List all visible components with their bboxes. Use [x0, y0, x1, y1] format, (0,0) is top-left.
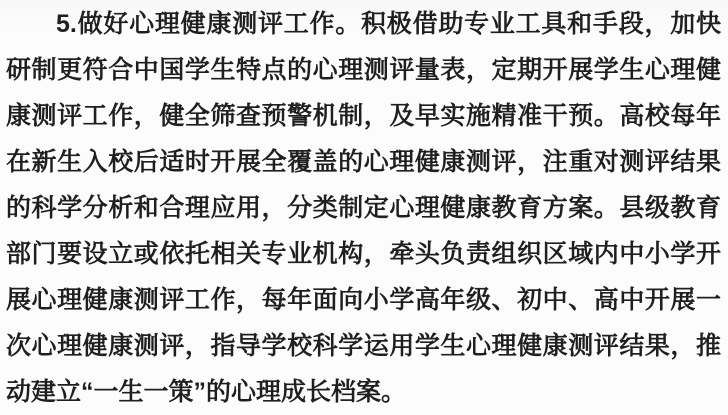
text-line-5: 的科学分析和合理应用，分类制定心理健康教育方案。县级教育 — [6, 185, 721, 231]
text-line-2: 研制更符合中国学生特点的心理测评量表，定期开展学生心理健 — [6, 47, 721, 93]
text-line-7: 展心理健康测评工作，每年面向小学高年级、初中、高中开展一 — [6, 277, 721, 323]
text-line-6: 部门要设立或依托相关专业机构，牵头负责组织区域内中小学开 — [6, 231, 721, 277]
text-line-3: 康测评工作，健全筛查预警机制，及早实施精准干预。高校每年 — [6, 93, 721, 139]
document-page: 5.做好心理健康测评工作。积极借助专业工具和手段，加快 研制更符合中国学生特点的… — [0, 0, 728, 415]
text-line-8: 次心理健康测评，指导学校科学运用学生心理健康测评结果，推 — [6, 323, 721, 369]
text-line-1: 5.做好心理健康测评工作。积极借助专业工具和手段，加快 — [6, 1, 721, 47]
text-line-4: 在新生入校后适时开展全覆盖的心理健康测评，注重对测评结果 — [6, 139, 721, 185]
text-line-9: 动建立“一生一策”的心理成长档案。 — [6, 369, 721, 415]
